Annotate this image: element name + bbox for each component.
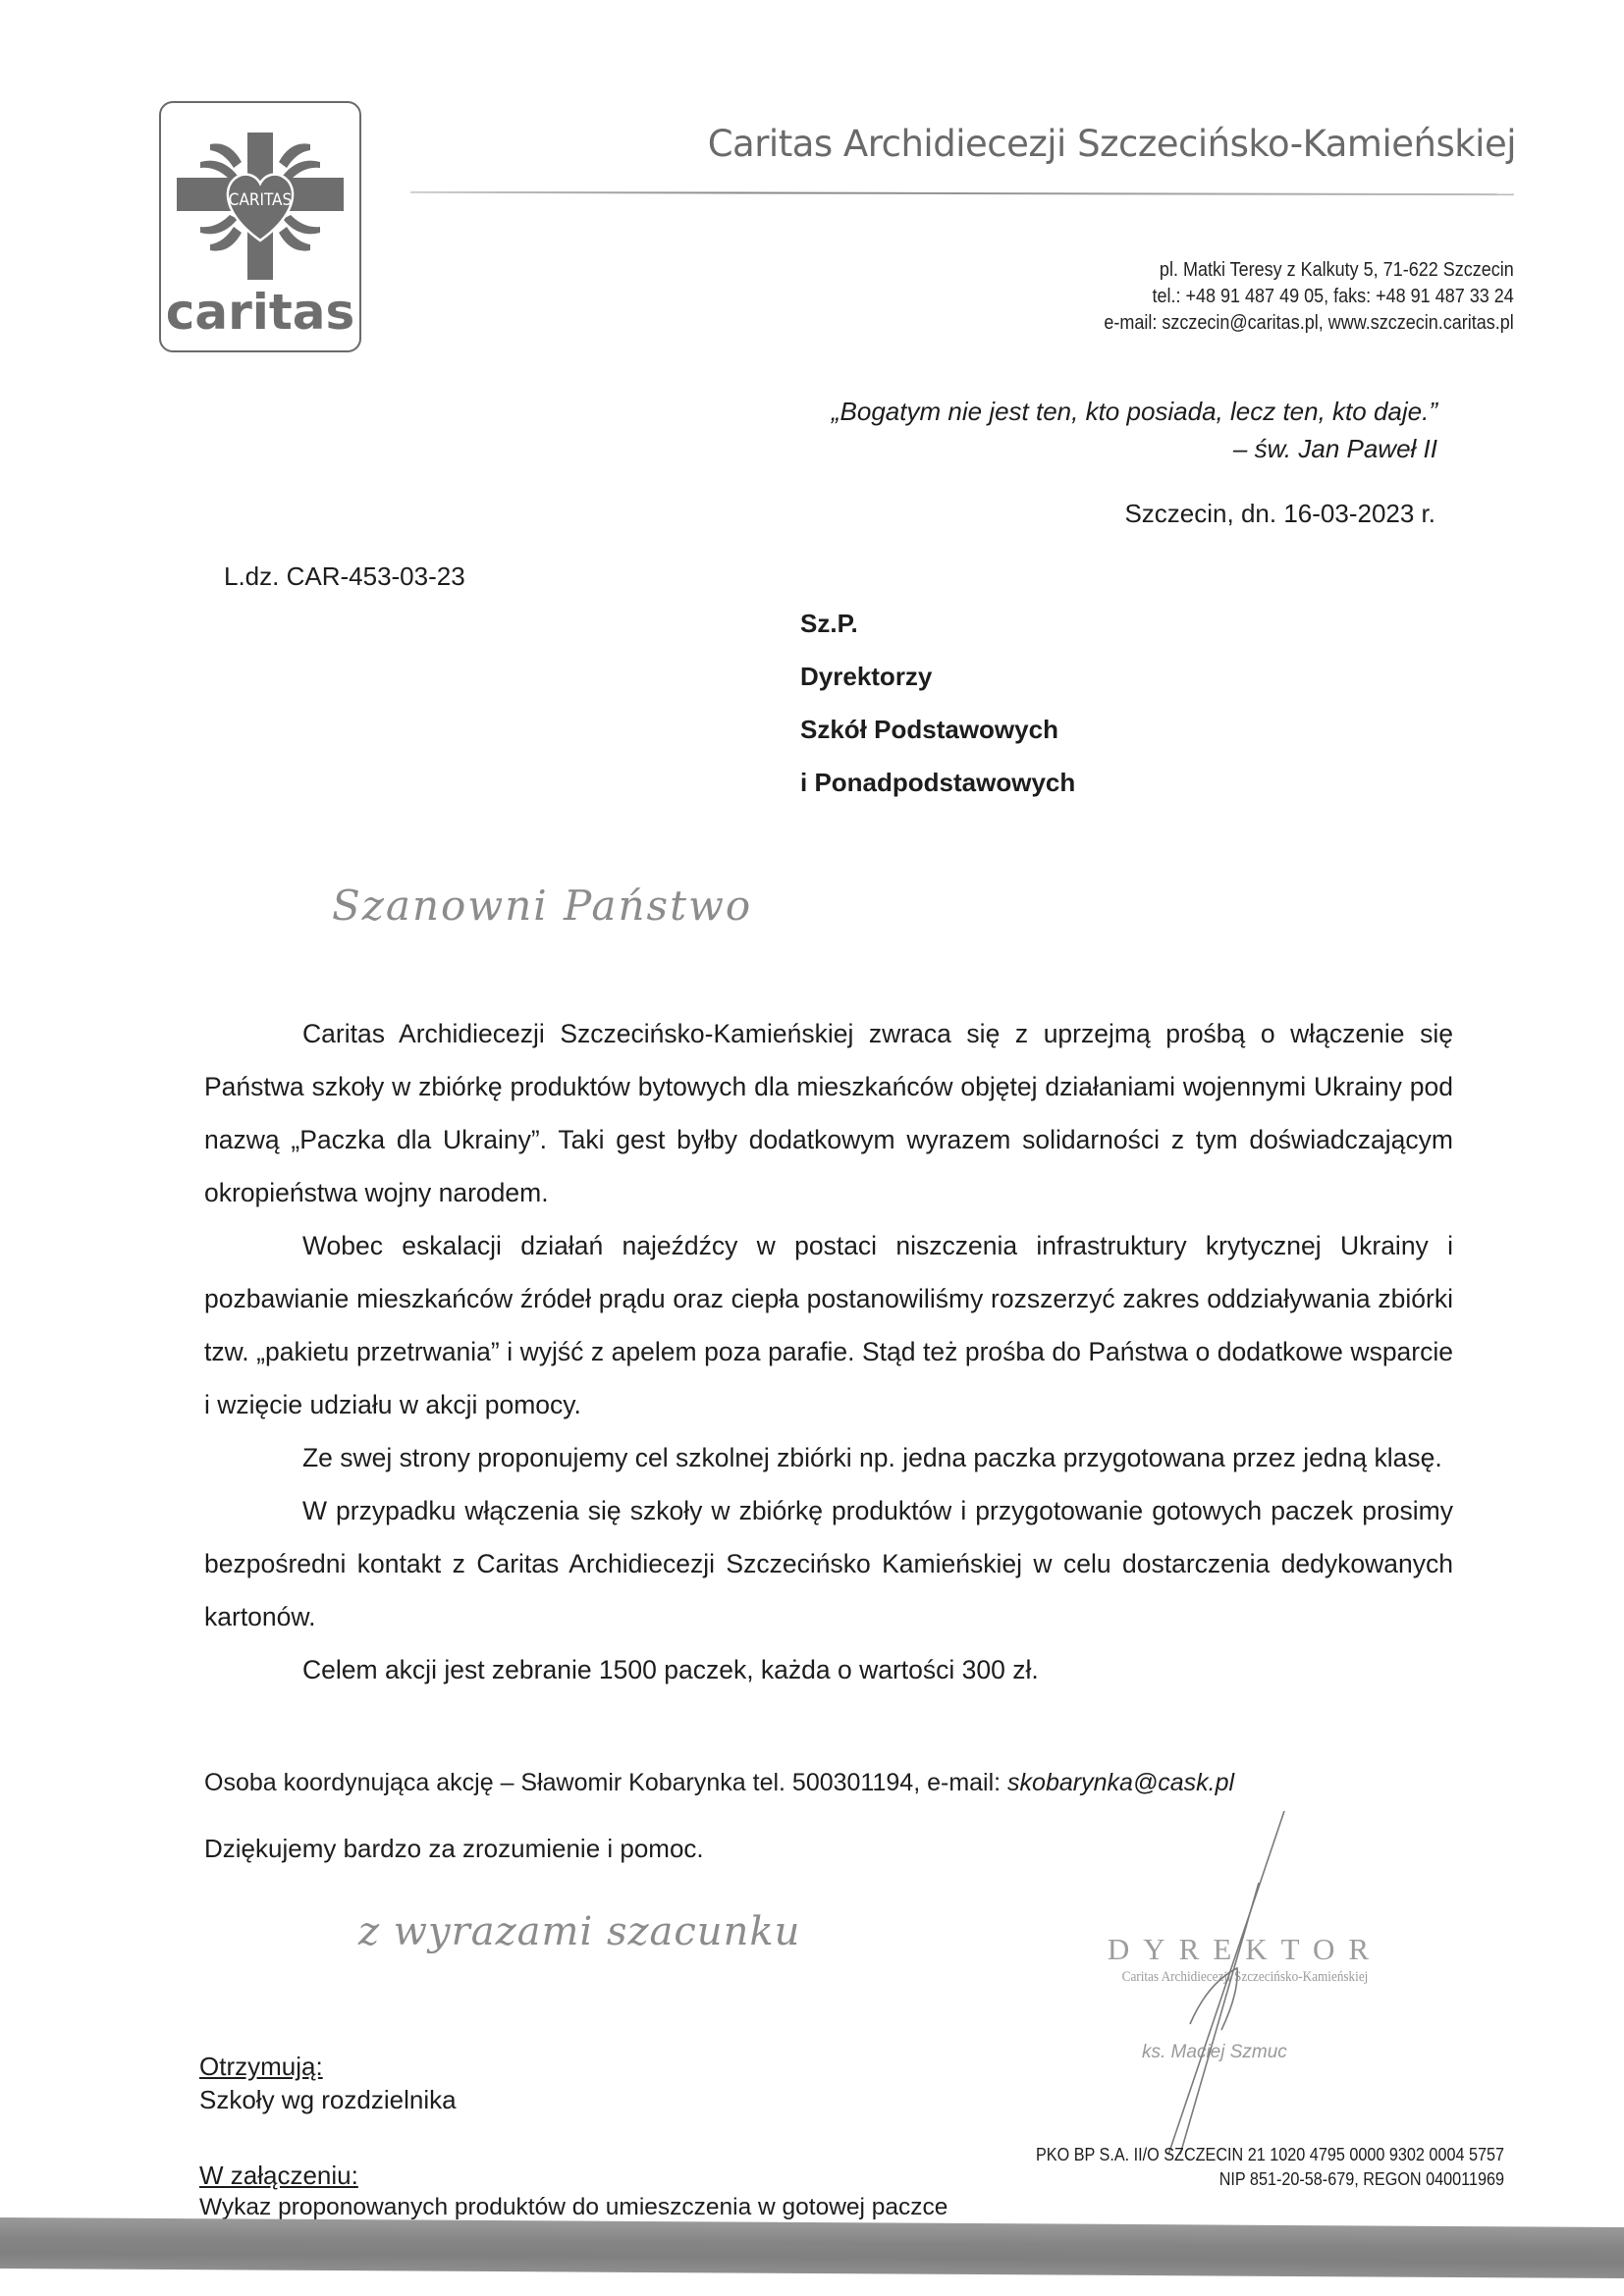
scan-artifact-band <box>0 2217 1624 2278</box>
bank-account: PKO BP S.A. II/O SZCZECIN 21 1020 4795 0… <box>1036 2143 1504 2167</box>
signature-icon <box>1129 1806 1326 2160</box>
attachment-value: Wykaz proponowanych produktów do umieszc… <box>199 2194 947 2221</box>
recipients-value: Szkoły wg rozdzielnika <box>199 2085 457 2115</box>
thanks-line: Dziękujemy bardzo za zrozumienie i pomoc… <box>204 1834 704 1864</box>
motto-author: – św. Jan Paweł II <box>832 430 1437 467</box>
phone-line: tel.: +48 91 487 49 05, faks: +48 91 487… <box>1105 284 1514 310</box>
letter-body: Caritas Archidiecezji Szczecińsko-Kamień… <box>204 1007 1453 1696</box>
reference-number: L.dz. CAR-453-03-23 <box>224 561 465 592</box>
body-paragraph: Caritas Archidiecezji Szczecińsko-Kamień… <box>204 1007 1453 1219</box>
caritas-cross-emblem-icon: CARITAS <box>171 111 350 288</box>
caritas-logo: CARITAS caritas <box>159 101 361 352</box>
svg-text:CARITAS: CARITAS <box>229 190 292 210</box>
address-line: pl. Matki Teresy z Kalkuty 5, 71-622 Szc… <box>1105 257 1514 284</box>
email-line: e-mail: szczecin@caritas.pl, www.szczeci… <box>1105 310 1514 337</box>
handwritten-closing: z wyrazami szacunku <box>358 1909 800 1954</box>
body-paragraph: Wobec eskalacji działań najeźdźcy w post… <box>204 1219 1453 1431</box>
handwritten-greeting: Szanowni Państwo <box>332 881 752 930</box>
recipient-block: Sz.P. Dyrektorzy Szkół Podstawowych i Po… <box>800 597 1075 809</box>
recipient-line: Dyrektorzy <box>800 650 1075 703</box>
coordinator-email-link[interactable]: skobarynka@cask.pl <box>1007 1769 1234 1796</box>
recipients-label: Otrzymują: <box>199 2052 323 2082</box>
recipient-line: Szkół Podstawowych <box>800 703 1075 756</box>
recipient-line: i Ponadpodstawowych <box>800 756 1075 809</box>
logo-wordmark: caritas <box>161 284 359 341</box>
recipient-line: Sz.P. <box>800 597 1075 650</box>
coordinator-line: Osoba koordynująca akcję – Sławomir Koba… <box>204 1769 1234 1797</box>
attachment-label: W załączeniu: <box>199 2161 358 2191</box>
bank-info: PKO BP S.A. II/O SZCZECIN 21 1020 4795 0… <box>1036 2143 1504 2192</box>
header-divider <box>410 191 1514 195</box>
body-paragraph: Celem akcji jest zebranie 1500 paczek, k… <box>204 1643 1453 1696</box>
contact-address: pl. Matki Teresy z Kalkuty 5, 71-622 Szc… <box>1105 257 1514 337</box>
motto-quote: „Bogatym nie jest ten, kto posiada, lecz… <box>832 393 1437 430</box>
tax-ids: NIP 851-20-58-679, REGON 040011969 <box>1036 2167 1504 2192</box>
coordinator-text: Osoba koordynująca akcję – Sławomir Koba… <box>204 1769 1007 1796</box>
motto: „Bogatym nie jest ten, kto posiada, lecz… <box>832 393 1437 467</box>
letter-date: Szczecin, dn. 16-03-2023 r. <box>1124 499 1435 529</box>
body-paragraph: Ze swej strony proponujemy cel szkolnej … <box>204 1431 1453 1484</box>
body-paragraph: W przypadku włączenia się szkoły w zbiór… <box>204 1484 1453 1643</box>
organization-name: Caritas Archidiecezji Szczecińsko-Kamień… <box>708 123 1516 165</box>
